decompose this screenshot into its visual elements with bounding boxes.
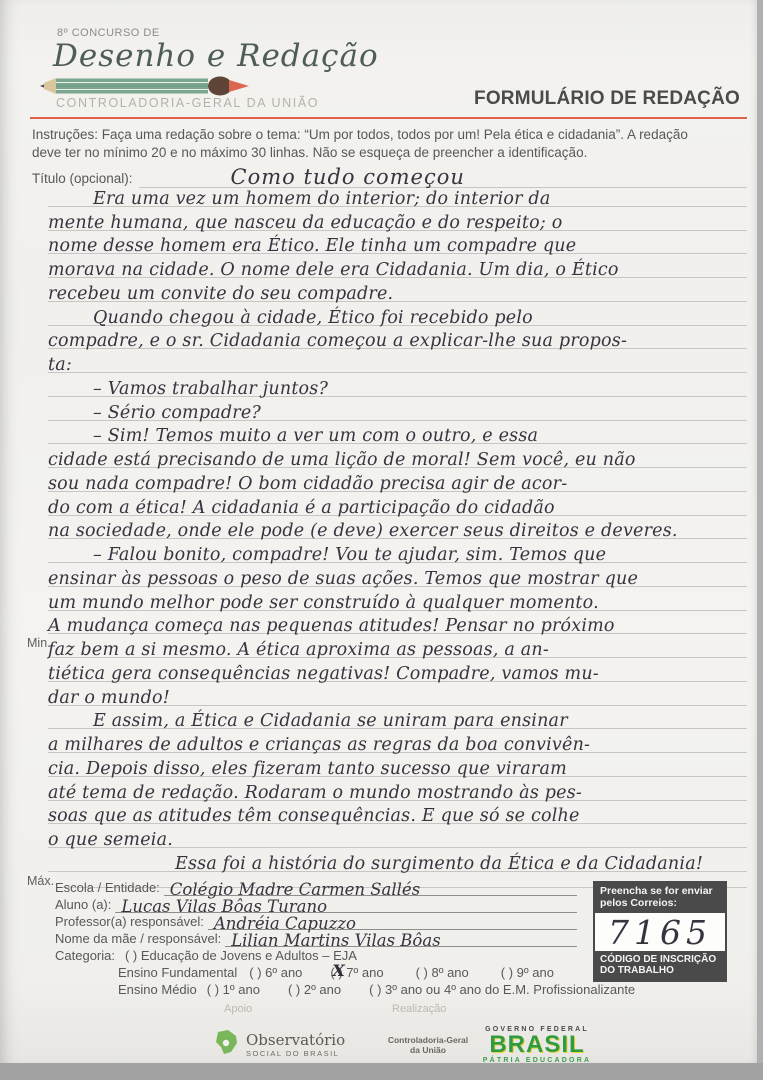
essay-ruled-line: faz bem a si mesmo. A ética aproxima as … [48, 634, 747, 658]
essay-line: na sociedade, onde ele pode (e deve) exe… [48, 521, 678, 541]
governo-federal-logo: GOVERNO FEDERAL BRASIL PÁTRIA EDUCADORA [468, 1026, 606, 1064]
checkbox-9ano: ( ) 9º ano [501, 965, 554, 980]
essay-ruled-line: Quando chegou à cidade, Ético foi recebi… [48, 302, 747, 326]
aluno-field-line: Lucas Vilas Bôas Turano [115, 897, 577, 913]
essay-ruled-line: cia. Depois disso, eles fizeram tanto su… [48, 753, 747, 777]
apoio-label: Apoio [224, 1003, 252, 1015]
essay-line: – Sério compadre? [93, 403, 261, 423]
essay-ruled-line: do com a ética! A cidadania é a particip… [48, 492, 747, 516]
postal-box-header: Preencha se for enviar pelos Correios: [595, 883, 725, 913]
essay-ruled-line: – Sério compadre? [48, 397, 747, 421]
mae-label: Nome da mãe / responsável: [55, 931, 221, 947]
essay-ruled-line: – Falou bonito, compadre! Vou te ajudar,… [48, 539, 747, 563]
cgu-line-2: da União [383, 1045, 473, 1055]
checkbox-3ano: ( ) 3º ano ou 4º ano do E.M. Profissiona… [369, 982, 635, 997]
essay-ruled-line: A mudança começa nas pequenas atitudes! … [48, 611, 747, 635]
ensino-medio-label: Ensino Médio [118, 982, 197, 997]
observatorio-social-logo: Observatório SOCIAL DO BRASIL [212, 1028, 345, 1061]
min-lines-marker: Min. [27, 636, 51, 650]
instructions-line-1: Instruções: Faça uma redação sobre o tem… [32, 126, 746, 144]
scan-edge-right [757, 0, 763, 1080]
essay-line: o que semeia. [48, 830, 173, 850]
essay-ruled-line: – Sim! Temos muito a ver um com o outro,… [48, 421, 747, 445]
handwritten-inscription-code: 7165 [608, 913, 712, 952]
essay-line: mente humana, que nasceu da educação e d… [48, 213, 562, 233]
essay-line: Era uma vez um homem do interior; do int… [93, 189, 550, 209]
handwritten-x-mark: X [332, 961, 344, 980]
form-row-aluno: Aluno (a): Lucas Vilas Bôas Turano [55, 896, 577, 913]
observatorio-text: Observatório SOCIAL DO BRASIL [246, 1031, 345, 1058]
essay-ruled-line: dar o mundo! [48, 682, 747, 706]
categoria-row-medio: Ensino Médio ( ) 1º ano ( ) 2º ano ( ) 3… [55, 981, 715, 998]
form-row-mae: Nome da mãe / responsável: Lilian Martin… [55, 930, 577, 947]
essay-line: Quando chegou à cidade, Ético foi recebi… [93, 308, 533, 328]
essay-ruled-line: – Vamos trabalhar juntos? [48, 373, 747, 397]
essay-line: do com a ética! A cidadania é a particip… [48, 498, 555, 518]
essay-ruled-line: Era uma vez um homem do interior; do int… [48, 183, 747, 207]
max-lines-marker: Máx. [27, 874, 54, 888]
aluno-label: Aluno (a): [55, 897, 111, 913]
essay-line: dar o mundo! [48, 688, 170, 708]
essay-line: soas que as atitudes têm consequências. … [48, 806, 580, 826]
observatorio-name: Observatório [246, 1031, 345, 1049]
checkbox-2ano: ( ) 2º ano [288, 982, 341, 997]
cgu-line-1: Controladoria-Geral [383, 1035, 473, 1045]
essay-line: a milhares de adultos e crianças as regr… [48, 735, 590, 755]
observatorio-subtitle: SOCIAL DO BRASIL [246, 1049, 345, 1058]
professor-field-line: Andréia Capuzzo [208, 914, 577, 930]
instructions-line-2: deve ter no mínimo 20 e no máximo 30 lin… [32, 144, 746, 162]
essay-line: ta: [48, 355, 72, 375]
categoria-label: Categoria: [55, 948, 115, 963]
essay-ruled-line: soas que as atitudes têm consequências. … [48, 801, 747, 825]
essay-line: A mudança começa nas pequenas atitudes! … [48, 616, 615, 636]
escola-label: Escola / Entidade: [55, 880, 160, 896]
essay-ruled-line: Essa foi a história do surgimento da Éti… [48, 848, 747, 872]
essay-ruled-line: um mundo melhor pode ser construído à qu… [48, 587, 747, 611]
brazil-map-icon [212, 1028, 240, 1061]
postal-code-box: Preencha se for enviar pelos Correios: 7… [593, 881, 727, 982]
essay-ruled-line: nome desse homem era Ético. Ele tinha um… [48, 231, 747, 255]
essay-ruled-line: cidade está precisando de uma lição de m… [48, 444, 747, 468]
essay-ruled-line: recebeu um convite do seu compadre. [48, 278, 747, 302]
postal-box-footer: CÓDIGO DE INSCRIÇÃO DO TRABALHO [595, 951, 725, 980]
scan-edge-bottom [0, 1063, 763, 1080]
realizacao-label: Realização [392, 1003, 446, 1015]
essay-line: até tema de redação. Rodaram o mundo mos… [48, 783, 582, 803]
essay-line: recebeu um convite do seu compadre. [48, 284, 393, 304]
essay-line: morava na cidade. O nome dele era Cidada… [48, 260, 619, 280]
essay-ruled-line: mente humana, que nasceu da educação e d… [48, 207, 747, 231]
identification-form: Escola / Entidade: Colégio Madre Carmen … [55, 879, 577, 947]
instructions-text: Instruções: Faça uma redação sobre o tem… [32, 126, 746, 161]
essay-line: um mundo melhor pode ser construído à qu… [48, 593, 599, 613]
essay-area: Era uma vez um homem do interior; do int… [48, 183, 747, 872]
essay-line: – Vamos trabalhar juntos? [93, 379, 328, 399]
essay-line: – Sim! Temos muito a ver um com o outro,… [93, 426, 538, 446]
essay-ruled-line: sou nada compadre! O bom cidadão precisa… [48, 468, 747, 492]
essay-ruled-line: a milhares de adultos e crianças as regr… [48, 729, 747, 753]
checkbox-7ano-checked: X ( ) 7º ano [330, 965, 383, 980]
postal-code-field: 7165 [595, 913, 725, 951]
checkbox-8ano: ( ) 8º ano [416, 965, 469, 980]
essay-ruled-line: até tema de redação. Rodaram o mundo mos… [48, 777, 747, 801]
ensino-fundamental-label: Ensino Fundamental [118, 965, 237, 980]
essay-line: E assim, a Ética e Cidadania se uniram p… [93, 711, 568, 731]
essay-ruled-line: tiética gera consequências negativas! Co… [48, 658, 747, 682]
essay-line: cidade está precisando de uma lição de m… [48, 450, 636, 470]
professor-label: Professor(a) responsável: [55, 914, 204, 930]
essay-line: faz bem a si mesmo. A ética aproxima as … [48, 640, 549, 660]
escola-field-line: Colégio Madre Carmen Sallés [164, 880, 577, 896]
essay-ruled-line: E assim, a Ética e Cidadania se uniram p… [48, 706, 747, 730]
checkbox-eja: ( ) Educação de Jovens e Adultos – EJA [125, 948, 357, 963]
cgu-logo: Controladoria-Geral da União [383, 1035, 473, 1055]
essay-line: sou nada compadre! O bom cidadão precisa… [48, 474, 567, 494]
essay-ruled-line: o que semeia. [48, 824, 747, 848]
essay-line: tiética gera consequências negativas! Co… [48, 664, 599, 684]
essay-line: cia. Depois disso, eles fizeram tanto su… [48, 759, 567, 779]
essay-line: nome desse homem era Ético. Ele tinha um… [48, 236, 576, 256]
org-label: CONTROLADORIA-GERAL DA UNIÃO [56, 96, 319, 110]
header-divider [30, 117, 747, 119]
essay-ruled-line: ta: [48, 349, 747, 373]
essay-ruled-line: compadre, e o sr. Cidadania começou a ex… [48, 326, 747, 350]
form-row-escola: Escola / Entidade: Colégio Madre Carmen … [55, 879, 577, 896]
checkbox-1ano: ( ) 1º ano [207, 982, 260, 997]
essay-ruled-line: morava na cidade. O nome dele era Cidada… [48, 254, 747, 278]
mae-field-line: Lilian Martins Vilas Bôas [225, 931, 577, 947]
scanned-form-page: 8º CONCURSO DE Desenho e Redação CONTROL… [0, 0, 757, 1063]
essay-line: – Falou bonito, compadre! Vou te ajudar,… [93, 545, 606, 565]
essay-line: compadre, e o sr. Cidadania começou a ex… [48, 331, 627, 351]
contest-logo-title: Desenho e Redação [53, 38, 379, 74]
essay-line: Essa foi a história do surgimento da Éti… [175, 854, 703, 874]
essay-line: ensinar às pessoas o peso de suas ações.… [48, 569, 638, 589]
page-title: FORMULÁRIO DE REDAÇÃO [474, 88, 740, 110]
essay-ruled-line: na sociedade, onde ele pode (e deve) exe… [48, 516, 747, 540]
essay-ruled-line: ensinar às pessoas o peso de suas ações.… [48, 563, 747, 587]
brasil-wordmark: BRASIL [468, 1033, 606, 1057]
checkbox-6ano: ( ) 6º ano [249, 965, 302, 980]
